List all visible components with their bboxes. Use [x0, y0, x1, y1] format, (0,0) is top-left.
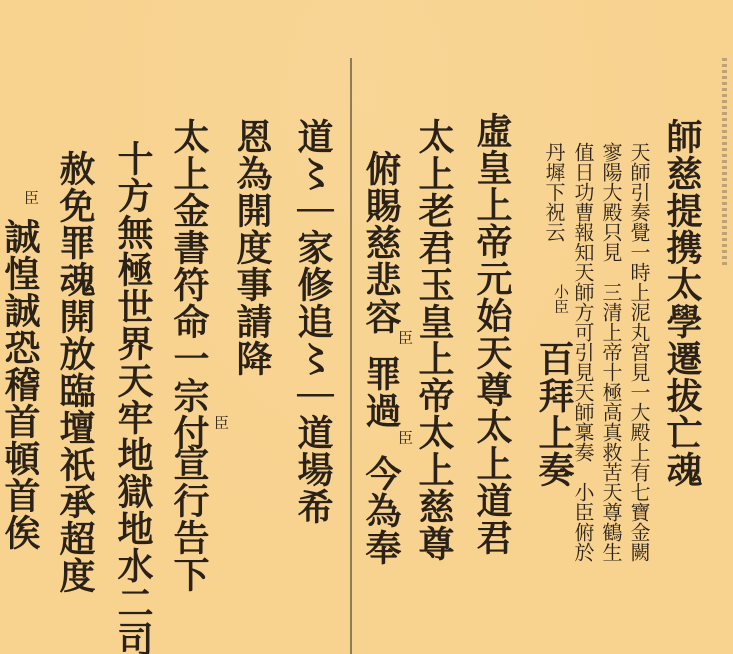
text-column-4: 太上老君玉皇上帝太上慈尊	[418, 118, 450, 562]
manuscript-page: 師慈提携太學遷拔亡魂 天師引奏覺一時上泥丸宮見一大殿上有七寶金闕 寥陽大殿只見 …	[0, 0, 733, 654]
text-column-6: 道〻｜家修追〻｜道場希	[296, 118, 329, 525]
text-column-5a: 俯賜慈悲容	[364, 150, 398, 335]
note-minister-4: 臣	[22, 190, 40, 205]
text-column-11: 誠惶誠恐稽首頓首俟	[2, 218, 38, 551]
note-minister-2: 臣	[396, 430, 414, 445]
annotation-column-4: 丹墀下祝云	[543, 142, 565, 242]
text-column-3: 虛皇上帝元始天尊太上道君	[476, 112, 508, 556]
text-column-8b: 宣行告下	[172, 445, 206, 593]
text-column-2: 百拜上奏	[534, 340, 574, 488]
text-column-8a: 太上金書符命一宗付	[172, 118, 206, 451]
text-column-9: 十方無極世界天牢地獄地水二司	[116, 140, 149, 654]
text-column-10: 赦免罪魂開放臨壇祇承超度	[58, 150, 91, 594]
text-column-5c: 今為奉	[364, 455, 398, 566]
text-column-1: 師慈提携太學遷拔亡魂	[662, 118, 702, 488]
annotation-column-2: 寥陽大殿只見 三清上帝十極高真救苦天尊鶴生	[600, 142, 622, 562]
annotation-column-1: 天師引奏覺一時上泥丸宮見一大殿上有七寶金闕	[628, 142, 650, 562]
text-column-5b: 罪過	[364, 355, 398, 429]
annotation-column-3: 值日功曹報知天師方可引見天師稟奏 小臣俯於	[572, 142, 594, 562]
text-column-7: 恩為開度事請降	[236, 118, 268, 377]
page-fold-line	[350, 58, 352, 654]
note-minister-1: 臣	[396, 330, 414, 345]
page-right-border	[722, 58, 727, 268]
note-small-minister: 小臣	[552, 284, 570, 314]
note-minister-3: 臣	[212, 415, 230, 430]
